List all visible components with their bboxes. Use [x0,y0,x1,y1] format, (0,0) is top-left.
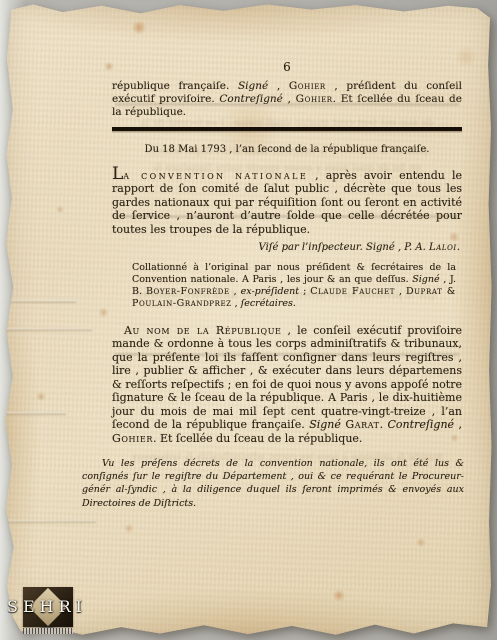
section-rule [112,127,462,131]
closing-formula-paragraph: république françaiſe. Signé , Gohier , p… [112,80,462,118]
page-number: 6 [112,60,462,74]
stain-spot [131,21,147,34]
stain-spot [332,590,346,601]
stain-spot [56,206,64,213]
execution-order-paragraph: Au nom de la République , le conſeil exé… [112,324,462,446]
paper-crease [4,328,92,331]
sehri-logo-text: SEHRI [7,597,97,616]
stain-spot [124,524,134,533]
stain-spot [36,392,46,401]
sehri-logo-caption [23,628,73,634]
department-registration-note: Vu les préſens décrets de la convention … [82,457,464,509]
decree-body-paragraph: La convention nationale , après avoir en… [112,167,462,236]
paper-crease [4,520,96,523]
scanned-document-view: de mai mil ſept cent quatre-vingt-treize… [0,0,497,640]
stain-spot [98,308,109,317]
printed-text-block: 6 république françaiſe. Signé , Gohier ,… [112,60,462,510]
paper-crease [4,412,66,415]
stain-spot [416,538,426,547]
collation-paragraph: Collationné à l’original par nous préſid… [132,262,456,311]
paper-crease [4,300,76,303]
decree-dateline: Du 18 Mai 1793 , l’an ſecond de la répub… [112,144,462,155]
inspector-visa-line: Viſé par l’inſpecteur. Signé , P. A. Lal… [112,242,460,253]
sehri-watermark: SEHRI [6,586,98,638]
